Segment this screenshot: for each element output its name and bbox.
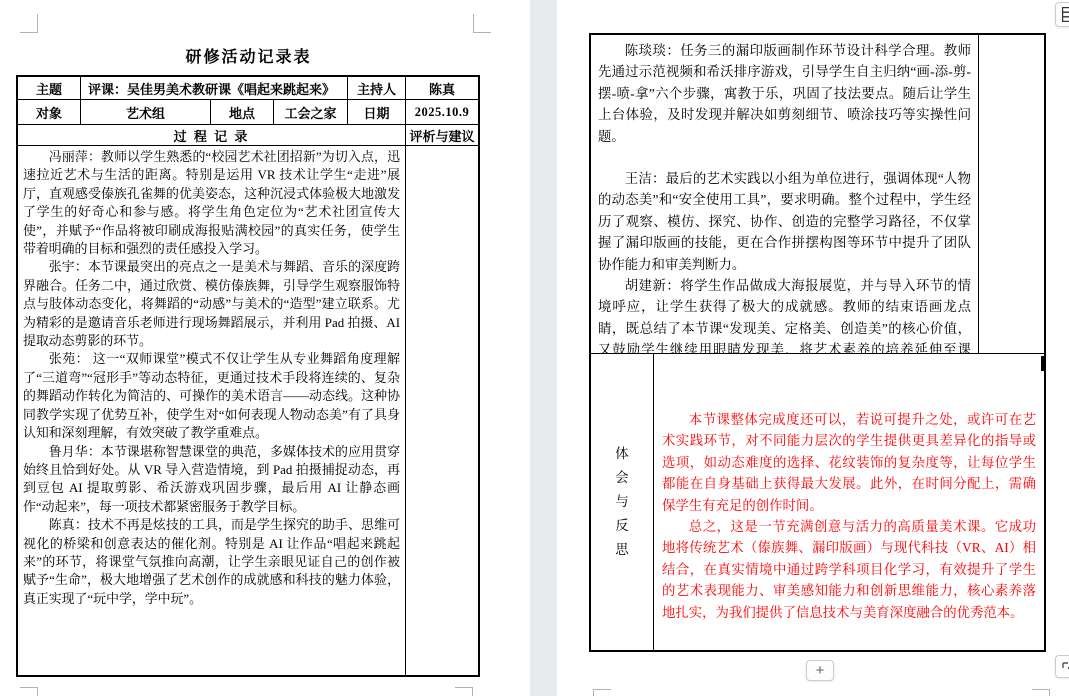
- place-label-cell[interactable]: 地点: [211, 100, 274, 125]
- margin-mark-bottom-right: [455, 687, 473, 696]
- reflection-label-char: 思: [615, 538, 628, 562]
- page-thumbnails-button[interactable]: [1055, 2, 1069, 27]
- date-value-cell[interactable]: 2025.10.9: [406, 100, 478, 125]
- text-cursor: [1041, 356, 1045, 371]
- date-label-cell[interactable]: 日期: [348, 100, 406, 125]
- record-paragraph: 陈琰琰：任务三的漏印版画制作环节设计科学合理。教师先通过示范视频和希沃排序游戏，…: [598, 40, 971, 147]
- reflection-paragraph: 本节课整体完成度还可以，若说可提升之处，或许可在艺术实践环节，对不同能力层次的学…: [662, 409, 1036, 516]
- record-paragraph: 冯丽萍：教师以学生熟悉的“校园艺术社团招新”为切入点，迅速拉近艺术与生活的距离。…: [23, 148, 400, 258]
- margin-mark-top-right: [473, 14, 491, 33]
- review-header-cell[interactable]: 评析与建议: [406, 125, 478, 146]
- reflection-paragraph: 总之，这是一节充满创意与活力的高质量美术课。它成功地将传统艺术（傣族舞、漏印版画…: [662, 516, 1036, 623]
- record-table: 主题 评课：吴佳男美术教研课《唱起来跳起来》 主持人 陈真 对象 艺术组 地点 …: [16, 75, 480, 677]
- record-paragraph: 王洁：最后的艺术实践以小组为单位进行，强调体现“人物的动态美”和“安全使用工具”…: [598, 168, 971, 275]
- object-label-cell[interactable]: 对象: [18, 100, 81, 125]
- process-record-text-cell[interactable]: 冯丽萍：教师以学生熟悉的“校园艺术社团招新”为切入点，迅速拉近艺术与生活的距离。…: [18, 146, 406, 675]
- review-empty-cell[interactable]: [979, 35, 1044, 354]
- record-table-continued: 陈琰琰：任务三的漏印版画制作环节设计科学合理。教师先通过示范视频和希沃排序游戏，…: [589, 33, 1046, 652]
- process-record-text-cell[interactable]: 陈琰琰：任务三的漏印版画制作环节设计科学合理。教师先通过示范视频和希沃排序游戏，…: [591, 35, 979, 354]
- margin-mark-bottom-left: [593, 689, 611, 696]
- reflection-label-cell[interactable]: 体 会 与 反 思: [591, 354, 654, 650]
- page-title[interactable]: 研修活动记录表: [17, 44, 480, 67]
- margin-mark-top-left: [20, 14, 38, 33]
- add-page-button[interactable]: +: [806, 660, 834, 681]
- host-label-cell[interactable]: 主持人: [348, 77, 406, 100]
- document-page-2: 陈琰琰：任务三的漏印版画制作环节设计科学合理。教师先通过示范视频和希沃排序游戏，…: [557, 0, 1069, 696]
- record-paragraph: 陈真：技术不再是炫技的工具，而是学生探究的助手、思维可视化的桥梁和创意表达的催化…: [23, 516, 400, 608]
- margin-mark-bottom-right: [1032, 689, 1050, 696]
- record-paragraph: 鲁月华：本节课堪称智慧课堂的典范，多媒体技术的应用贯穿始终且恰到好处。从 VR …: [23, 443, 400, 517]
- reflection-text-cell[interactable]: 本节课整体完成度还可以，若说可提升之处，或许可在艺术实践环节，对不同能力层次的学…: [654, 354, 1044, 650]
- reflection-label-char: 会: [615, 466, 628, 490]
- document-list-icon: [1062, 7, 1069, 22]
- record-paragraph: 张苑： 这一“双师课堂”模式不仅让学生从专业舞蹈角度理解了“三道弯”“冠形手”等…: [23, 350, 400, 442]
- reflection-label-char: 反: [615, 514, 628, 538]
- host-value-cell[interactable]: 陈真: [406, 77, 478, 100]
- record-paragraph: 张宇：本节课最突出的亮点之一是美术与舞蹈、音乐的深度跨界融合。任务二中，通过欣赏…: [23, 258, 400, 350]
- reflection-label-char: 体: [615, 442, 628, 466]
- record-paragraph: 胡建新：将学生作品做成大海报展览，并与导入环节的情境呼应，让学生获得了极大的成就…: [598, 275, 971, 354]
- corner-arrow-icon: [1061, 661, 1069, 673]
- plus-icon: +: [816, 662, 825, 679]
- review-empty-cell[interactable]: [406, 146, 478, 675]
- process-record-header-cell[interactable]: 过 程 记 录: [18, 125, 406, 146]
- place-value-cell[interactable]: 工会之家: [274, 100, 348, 125]
- margin-mark-bottom-left: [20, 687, 38, 696]
- theme-value-cell[interactable]: 评课：吴佳男美术教研课《唱起来跳起来》: [81, 77, 348, 100]
- reflection-label-char: 与: [615, 490, 628, 514]
- object-value-cell[interactable]: 艺术组: [81, 100, 211, 125]
- theme-label-cell[interactable]: 主题: [18, 77, 81, 100]
- document-page-1: 研修活动记录表 主题 评课：吴佳男美术教研课《唱起来跳起来》 主持人 陈真 对象…: [0, 0, 530, 696]
- floating-tool-button[interactable]: [1055, 655, 1069, 678]
